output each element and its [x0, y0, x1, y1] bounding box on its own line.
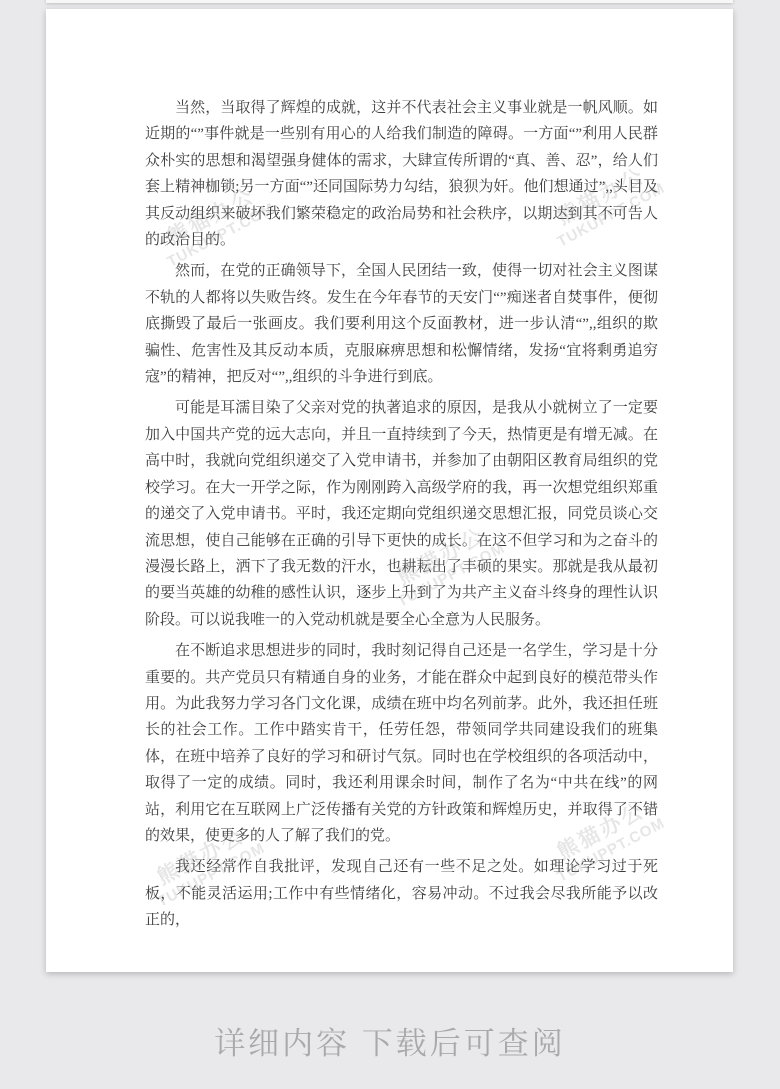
download-hint-text: 详细内容 下载后可查阅: [0, 1018, 780, 1063]
document-paragraph: 我还经常作自我批评，发现自己还有一些不足之处。如理论学习过于死板，不能灵活运用;…: [145, 854, 658, 933]
document-paragraph: 可能是耳濡目染了父亲对党的执著追求的原因，是我从小就树立了一定要加入中国共产党的…: [145, 395, 658, 633]
document-paragraph: 在不断追求思想进步的同时，我时刻记得自己还是一名学生，学习是十分重要的。共产党员…: [145, 638, 658, 849]
document-paragraph: 当然，当取得了辉煌的成就，这并不代表社会主义事业就是一帆风顺。如近期的“”事件就…: [145, 95, 658, 253]
preview-background: 当然，当取得了辉煌的成就，这并不代表社会主义事业就是一帆风顺。如近期的“”事件就…: [0, 0, 780, 1089]
previous-page-edge: [46, 0, 733, 3]
document-paragraph: 然而，在党的正确领导下，全国人民团结一致，使得一切对社会主义图谋不轨的人都将以失…: [145, 258, 658, 390]
document-page: 当然，当取得了辉煌的成就，这并不代表社会主义事业就是一帆风顺。如近期的“”事件就…: [46, 9, 733, 972]
document-text: 当然，当取得了辉煌的成就，这并不代表社会主义事业就是一帆风顺。如近期的“”事件就…: [145, 95, 658, 939]
